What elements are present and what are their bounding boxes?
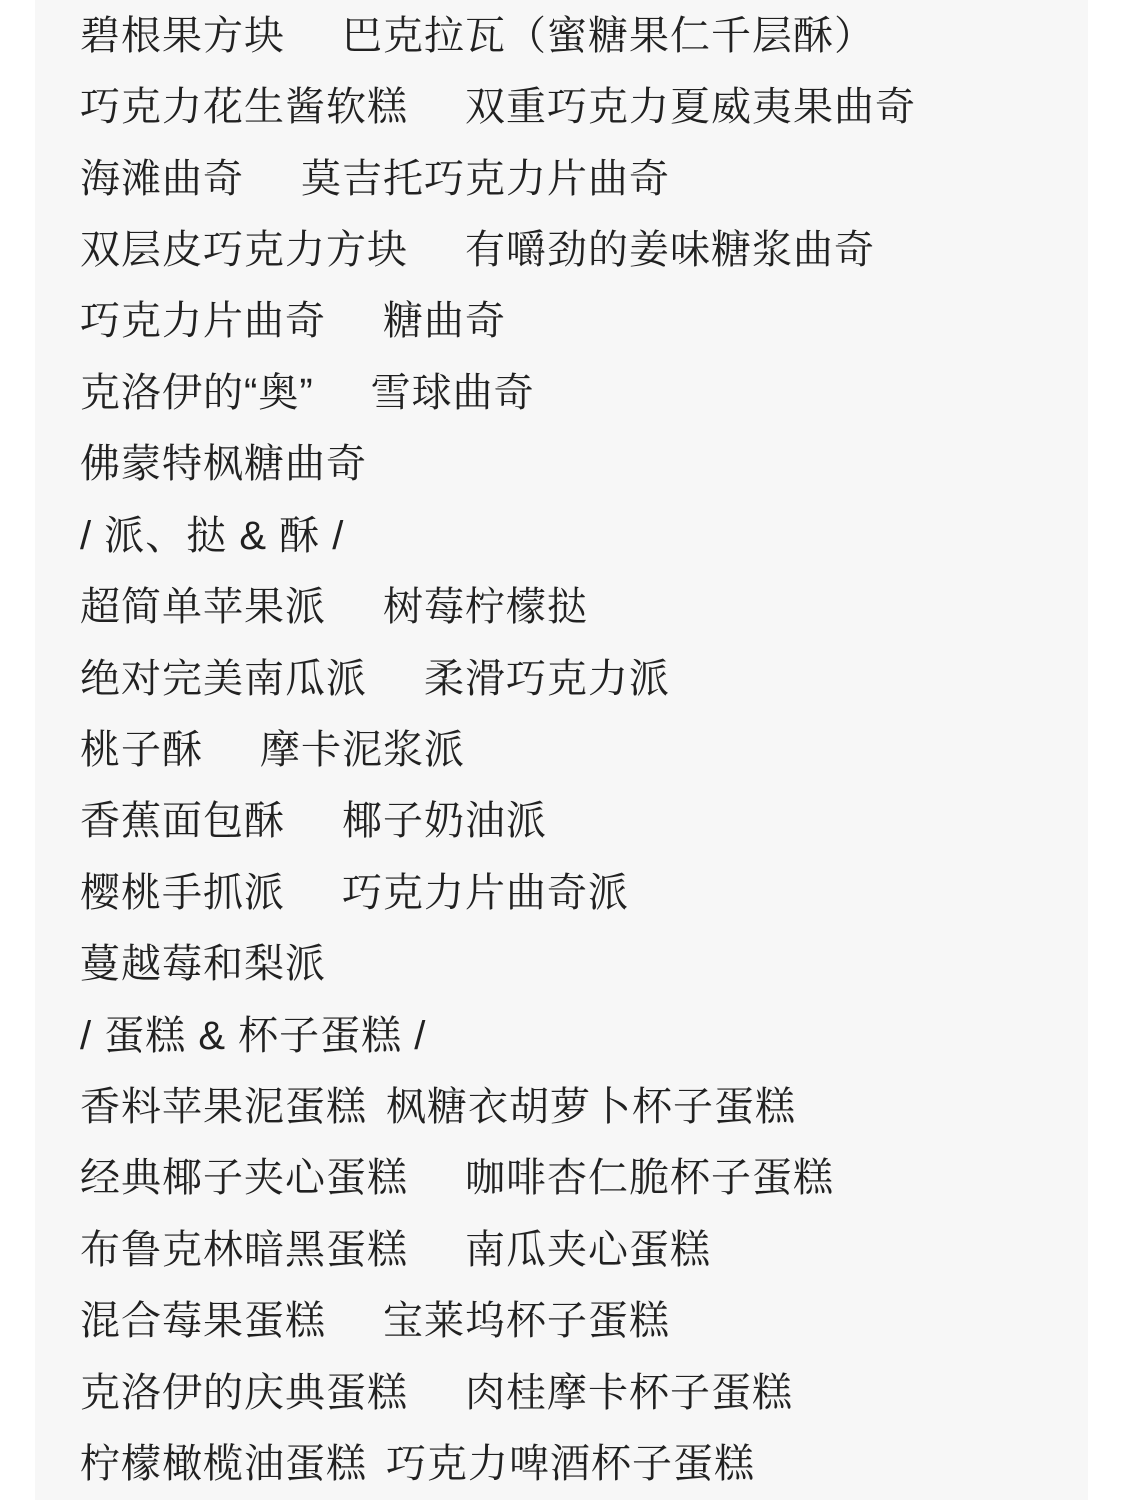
recipe-item: 双层皮巧克力方块: [80, 230, 408, 270]
recipe-item: 糖曲奇: [383, 301, 506, 341]
recipe-item: 有嚼劲的姜味糖浆曲奇: [465, 230, 875, 270]
item-gap: [285, 821, 342, 822]
recipe-index-list: 碧根果方块巴克拉瓦（蜜糖果仁千层酥）巧克力花生酱软糕双重巧克力夏威夷果曲奇海滩曲…: [35, 0, 1088, 1500]
recipe-item: 香料苹果泥蛋糕: [80, 1087, 367, 1127]
item-gap: [408, 1249, 465, 1250]
recipe-item: 雪球曲奇: [371, 373, 535, 413]
recipe-item: 树莓柠檬挞: [383, 587, 588, 627]
recipe-item: 海滩曲奇: [80, 159, 244, 199]
recipe-item: 咖啡杏仁脆杯子蛋糕: [465, 1158, 834, 1198]
recipe-row: 佛蒙特枫糖曲奇: [80, 429, 1078, 500]
recipe-item: 佛蒙特枫糖曲奇: [80, 444, 367, 484]
recipe-item: 经典椰子夹心蛋糕: [80, 1158, 408, 1198]
recipe-row: 樱桃手抓派巧克力片曲奇派: [80, 857, 1078, 928]
section-header: / 派、挞 & 酥 /: [80, 500, 1078, 571]
recipe-item: 巧克力片曲奇派: [342, 873, 629, 913]
item-gap: [314, 392, 371, 393]
recipe-row: 布鲁克林暗黑蛋糕南瓜夹心蛋糕: [80, 1214, 1078, 1285]
recipe-item: 肉桂摩卡杯子蛋糕: [465, 1373, 793, 1413]
recipe-item: 樱桃手抓派: [80, 873, 285, 913]
right-page-margin: [1088, 0, 1125, 1500]
recipe-row: 巧克力花生酱软糕双重巧克力夏威夷果曲奇: [80, 71, 1078, 142]
recipe-row: 香蕉面包酥椰子奶油派: [80, 786, 1078, 857]
recipe-row: 经典椰子夹心蛋糕咖啡杏仁脆杯子蛋糕: [80, 1143, 1078, 1214]
item-gap: [367, 1107, 386, 1108]
item-gap: [285, 35, 342, 36]
recipe-item: 克洛伊的“奥”: [80, 373, 314, 413]
recipe-item: 布鲁克林暗黑蛋糕: [80, 1230, 408, 1270]
item-gap: [326, 607, 383, 608]
recipe-item: 莫吉托巧克力片曲奇: [301, 159, 670, 199]
recipe-row: 巧克力片曲奇糖曲奇: [80, 286, 1078, 357]
recipe-item: 桃子酥: [80, 730, 203, 770]
item-gap: [408, 249, 465, 250]
item-gap: [408, 107, 465, 108]
recipe-item: 香蕉面包酥: [80, 801, 285, 841]
recipe-item: 巴克拉瓦（蜜糖果仁千层酥）: [342, 16, 875, 56]
recipe-item: 宝莱坞杯子蛋糕: [383, 1301, 670, 1341]
section-header: / 蛋糕 & 杯子蛋糕 /: [80, 1000, 1078, 1071]
recipe-item: 克洛伊的庆典蛋糕: [80, 1373, 408, 1413]
recipe-row: 桃子酥摩卡泥浆派: [80, 714, 1078, 785]
item-gap: [203, 749, 260, 750]
recipe-row: 海滩曲奇莫吉托巧克力片曲奇: [80, 143, 1078, 214]
recipe-item: 柔滑巧克力派: [424, 659, 670, 699]
recipe-item: 柠檬橄榄油蛋糕: [80, 1444, 367, 1484]
item-gap: [244, 178, 301, 179]
content-panel: 碧根果方块巴克拉瓦（蜜糖果仁千层酥）巧克力花生酱软糕双重巧克力夏威夷果曲奇海滩曲…: [35, 0, 1088, 1500]
recipe-item: 蔓越莓和梨派: [80, 944, 326, 984]
recipe-item: 绝对完美南瓜派: [80, 659, 367, 699]
left-page-margin: [0, 0, 35, 1500]
recipe-row: 绝对完美南瓜派柔滑巧克力派: [80, 643, 1078, 714]
recipe-item: 碧根果方块: [80, 16, 285, 56]
recipe-row: 碧根果方块巴克拉瓦（蜜糖果仁千层酥）: [80, 0, 1078, 71]
section-header-label: / 派、挞 & 酥 /: [80, 516, 344, 556]
recipe-row: 柠檬橄榄油蛋糕巧克力啤酒杯子蛋糕: [80, 1428, 1078, 1499]
item-gap: [326, 321, 383, 322]
item-gap: [367, 678, 424, 679]
recipe-row: 克洛伊的庆典蛋糕肉桂摩卡杯子蛋糕: [80, 1357, 1078, 1428]
recipe-row: 蔓越莓和梨派: [80, 928, 1078, 999]
item-gap: [408, 1178, 465, 1179]
recipe-item: 超简单苹果派: [80, 587, 326, 627]
recipe-item: 南瓜夹心蛋糕: [465, 1230, 711, 1270]
item-gap: [408, 1392, 465, 1393]
recipe-item: 混合莓果蛋糕: [80, 1301, 326, 1341]
recipe-item: 双重巧克力夏威夷果曲奇: [465, 87, 916, 127]
recipe-row: 超简单苹果派树莓柠檬挞: [80, 571, 1078, 642]
recipe-row: 混合莓果蛋糕宝莱坞杯子蛋糕: [80, 1286, 1078, 1357]
recipe-item: 巧克力花生酱软糕: [80, 87, 408, 127]
item-gap: [326, 1321, 383, 1322]
item-gap: [285, 892, 342, 893]
recipe-item: 椰子奶油派: [342, 801, 547, 841]
recipe-item: 巧克力片曲奇: [80, 301, 326, 341]
recipe-item: 摩卡泥浆派: [260, 730, 465, 770]
recipe-item: 巧克力啤酒杯子蛋糕: [386, 1444, 755, 1484]
recipe-item: 枫糖衣胡萝卜杯子蛋糕: [386, 1087, 796, 1127]
section-header-label: / 蛋糕 & 杯子蛋糕 /: [80, 1016, 426, 1056]
recipe-row: 双层皮巧克力方块有嚼劲的姜味糖浆曲奇: [80, 214, 1078, 285]
reader-page: 碧根果方块巴克拉瓦（蜜糖果仁千层酥）巧克力花生酱软糕双重巧克力夏威夷果曲奇海滩曲…: [0, 0, 1125, 1500]
item-gap: [367, 1464, 386, 1465]
recipe-row: 香料苹果泥蛋糕枫糖衣胡萝卜杯子蛋糕: [80, 1071, 1078, 1142]
recipe-row: 克洛伊的“奥”雪球曲奇: [80, 357, 1078, 428]
